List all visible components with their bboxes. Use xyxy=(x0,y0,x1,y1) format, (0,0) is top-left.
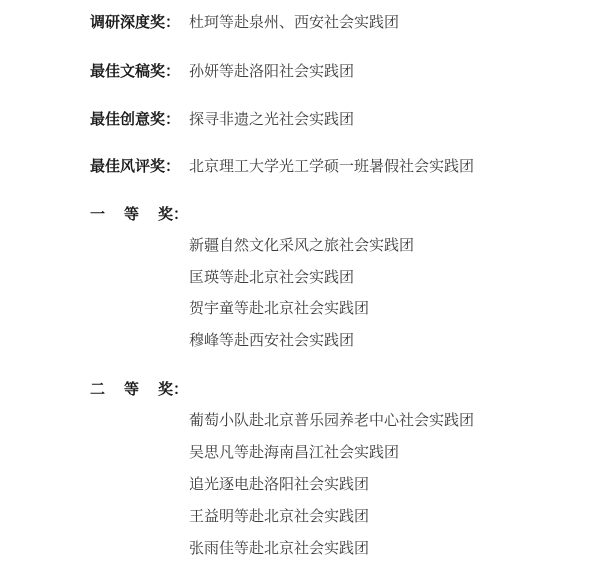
grade-char: 一 xyxy=(90,203,124,225)
award-label: 调研深度奖： xyxy=(90,11,189,33)
first-prize-item: 新疆自然文化采风之旅社会实践团 xyxy=(189,234,414,256)
award-row-best-creativity: 最佳创意奖：探寻非遗之光社会实践团 xyxy=(90,108,354,130)
grade-char: 奖： xyxy=(158,203,188,225)
award-label: 最佳文稿奖： xyxy=(90,60,189,82)
second-prize-item: 追光逐电赴洛阳社会实践团 xyxy=(189,473,369,495)
award-winner: 杜珂等赴泉州、西安社会实践团 xyxy=(189,13,399,31)
second-prize-item: 王益明等赴北京社会实践团 xyxy=(189,505,369,527)
first-prize-item: 穆峰等赴西安社会实践团 xyxy=(189,329,354,351)
award-label: 最佳风评奖： xyxy=(90,155,189,177)
award-winner: 孙妍等赴洛阳社会实践团 xyxy=(189,62,354,80)
award-row-best-manuscript: 最佳文稿奖：孙妍等赴洛阳社会实践团 xyxy=(90,60,354,82)
first-prize-item: 匡瑛等赴北京社会实践团 xyxy=(189,266,354,288)
first-prize-item: 贺宇童等赴北京社会实践团 xyxy=(189,297,369,319)
grade-char: 等 xyxy=(124,378,158,400)
award-winner: 北京理工大学光工学硕一班暑假社会实践团 xyxy=(189,157,474,175)
second-prize-item: 吴思凡等赴海南昌江社会实践团 xyxy=(189,441,399,463)
grade-char: 二 xyxy=(90,378,124,400)
award-row-research-depth: 调研深度奖：杜珂等赴泉州、西安社会实践团 xyxy=(90,11,399,33)
grade-char: 等 xyxy=(124,203,158,225)
grade-char: 奖： xyxy=(158,378,188,400)
award-winner: 探寻非遗之光社会实践团 xyxy=(189,110,354,128)
first-prize-heading: 一等奖： xyxy=(90,203,188,225)
second-prize-item: 张雨佳等赴北京社会实践团 xyxy=(189,537,369,559)
second-prize-heading: 二等奖： xyxy=(90,378,188,400)
award-row-best-reputation: 最佳风评奖：北京理工大学光工学硕一班暑假社会实践团 xyxy=(90,155,474,177)
second-prize-item: 葡萄小队赴北京普乐园养老中心社会实践团 xyxy=(189,409,474,431)
award-label: 最佳创意奖： xyxy=(90,108,189,130)
